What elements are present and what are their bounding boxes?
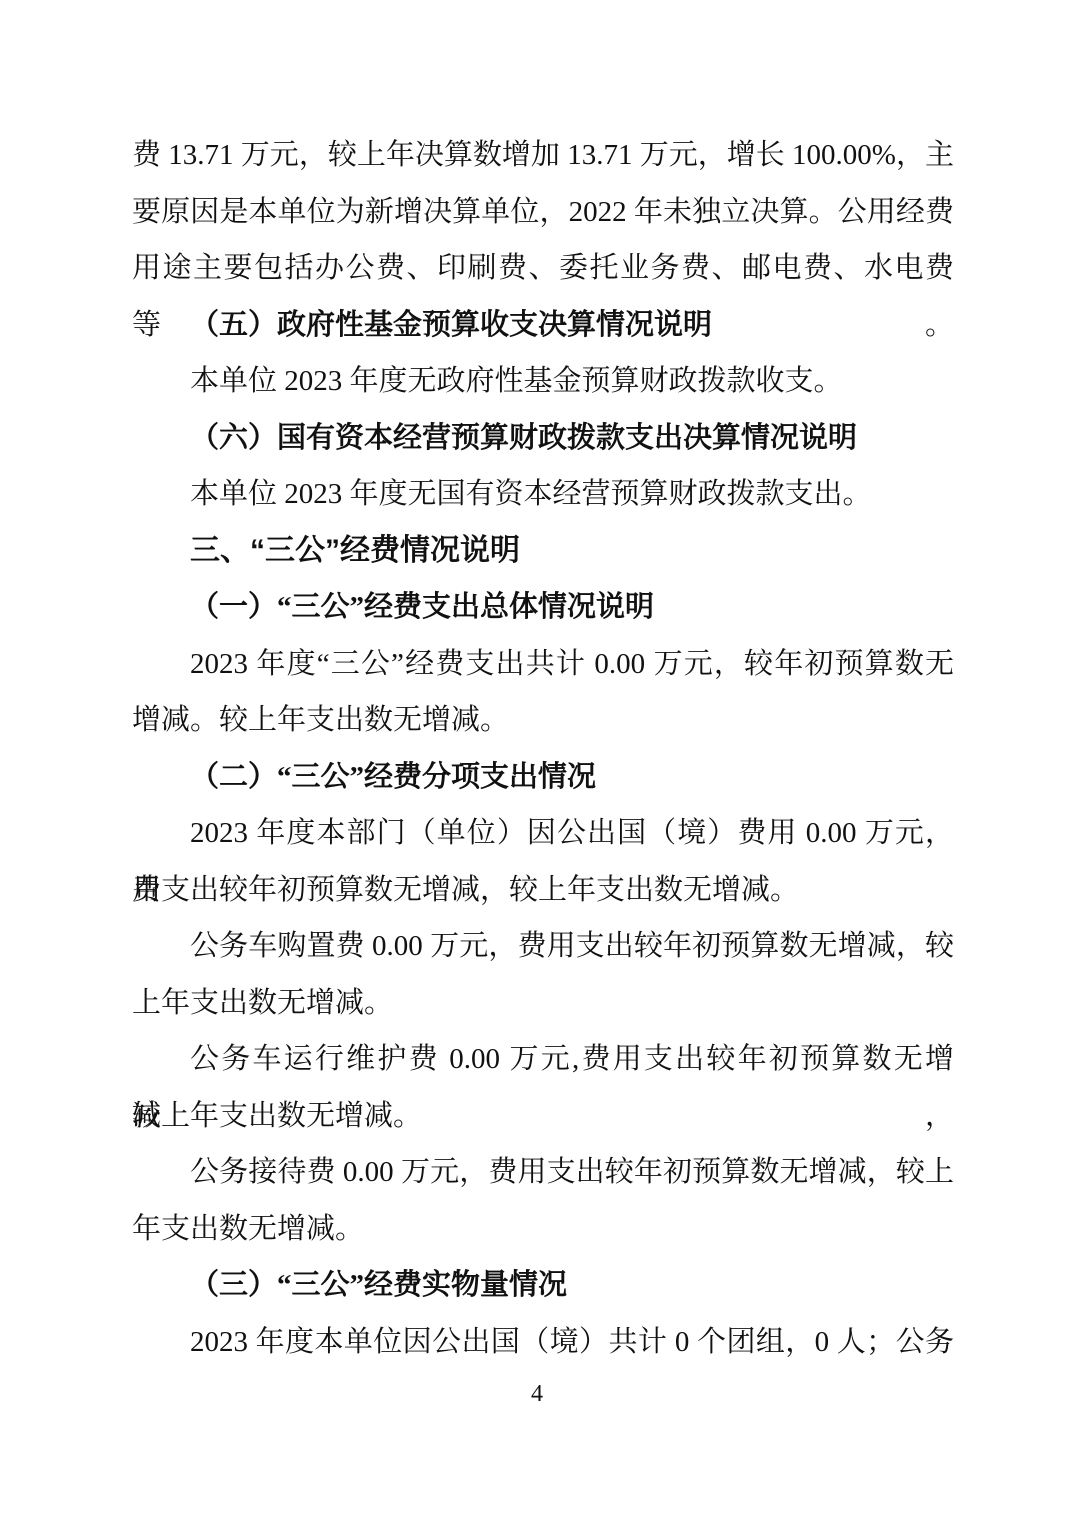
section-heading: （三）“三公”经费实物量情况 (132, 1257, 954, 1314)
text-line: 本单位 2023 年度无政府性基金预算财政拨款收支。 (132, 353, 954, 410)
chapter-heading: 三、“三公”经费情况说明 (132, 523, 954, 580)
text-line: 公务接待费 0.00 万元，费用支出较年初预算数无增减，较上 (132, 1144, 954, 1201)
document-page: 费 13.71 万元，较上年决算数增加 13.71 万元，增长 100.00%，… (0, 0, 1074, 1520)
section-heading: （二）“三公”经费分项支出情况 (132, 749, 954, 806)
text-line: 2023 年度本单位因公出国（境）共计 0 个团组，0 人；公务 (132, 1314, 954, 1371)
text-line: 本单位 2023 年度无国有资本经营预算财政拨款支出。 (132, 466, 954, 523)
text-line: 公务车运行维护费 0.00 万元,费用支出较年初预算数无增减， (132, 1031, 954, 1088)
document-body: 费 13.71 万元，较上年决算数增加 13.71 万元，增长 100.00%，… (132, 127, 954, 1370)
section-heading: （一）“三公”经费支出总体情况说明 (132, 579, 954, 636)
section-heading: （六）国有资本经营预算财政拨款支出决算情况说明 (132, 410, 954, 467)
text-line: 费 13.71 万元，较上年决算数增加 13.71 万元，增长 100.00%，… (132, 127, 954, 184)
text-line: 公务车购置费 0.00 万元，费用支出较年初预算数无增减，较 (132, 918, 954, 975)
text-line: 年支出数无增减。 (132, 1201, 954, 1258)
page-number: 4 (0, 1378, 1074, 1410)
text-line: 上年支出数无增减。 (132, 975, 954, 1032)
text-line: 2023 年度本部门（单位）因公出国（境）费用 0.00 万元，费 (132, 805, 954, 862)
text-line: 用支出较年初预算数无增减，较上年支出数无增减。 (132, 862, 954, 919)
text-line: 用途主要包括办公费、印刷费、委托业务费、邮电费、水电费等。 (132, 240, 954, 297)
text-line: 要原因是本单位为新增决算单位，2022 年未独立决算。公用经费 (132, 184, 954, 241)
text-line: 增减。较上年支出数无增减。 (132, 692, 954, 749)
text-line: 2023 年度“三公”经费支出共计 0.00 万元，较年初预算数无 (132, 636, 954, 693)
